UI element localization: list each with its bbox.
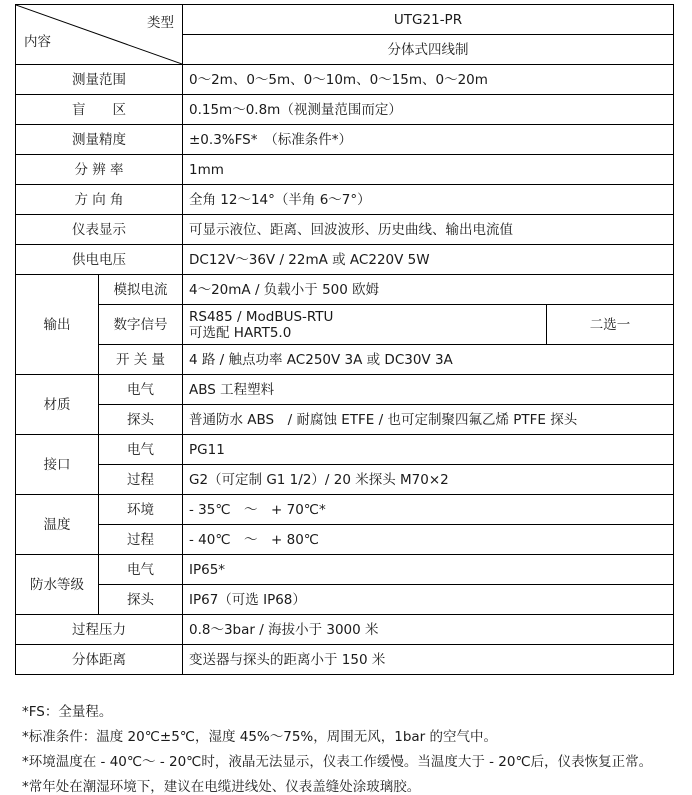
sub-label: 环境 [99, 495, 183, 525]
group-label-temperature: 温度 [16, 495, 99, 555]
row-label: 分 辨 率 [16, 155, 183, 185]
row-value: 变送器与探头的距离小于 150 米 [183, 645, 674, 675]
row-distance: 分体距离 变送器与探头的距离小于 150 米 [16, 645, 674, 675]
row-angle: 方 向 角 全角 12～14°（半角 6～7°） [16, 185, 674, 215]
variant-cell: 分体式四线制 [183, 35, 674, 65]
sub-value: 普通防水 ABS / 耐腐蚀 ETFE / 也可定制聚四氟乙烯 PTFE 探头 [183, 405, 674, 435]
sub-label: 开 关 量 [99, 345, 183, 375]
row-material-probe: 探头 普通防水 ABS / 耐腐蚀 ETFE / 也可定制聚四氟乙烯 PTFE … [16, 405, 674, 435]
sub-value: IP67（可选 IP68） [183, 585, 674, 615]
sub-label: 过程 [99, 465, 183, 495]
row-value: 可显示液位、距离、回波波形、历史曲线、输出电流值 [183, 215, 674, 245]
digital-line-2: 可选配 HART5.0 [189, 325, 540, 341]
sub-value: ABS 工程塑料 [183, 375, 674, 405]
sub-label: 探头 [99, 585, 183, 615]
sub-label: 电气 [99, 375, 183, 405]
row-value: 全角 12～14°（半角 6～7°） [183, 185, 674, 215]
sub-value: PG11 [183, 435, 674, 465]
row-pressure: 过程压力 0.8～3bar / 海拔小于 3000 米 [16, 615, 674, 645]
row-label: 仪表显示 [16, 215, 183, 245]
row-protection-electric: 防水等级 电气 IP65* [16, 555, 674, 585]
row-resolution: 分 辨 率 1mm [16, 155, 674, 185]
sub-label: 电气 [99, 435, 183, 465]
footnote: *环境温度在 - 40℃～ - 20℃时，液晶无法显示，仪表工作缓慢。当温度大于… [22, 750, 652, 775]
row-power: 供电电压 DC12V～36V / 22mA 或 AC220V 5W [16, 245, 674, 275]
row-label: 供电电压 [16, 245, 183, 275]
spec-table: 类型 内容 UTG21-PR 分体式四线制 测量范围 0～2m、0～5m、0～1… [15, 4, 674, 675]
diagonal-header-cell: 类型 内容 [16, 5, 183, 65]
row-blind: 盲 区 0.15m～0.8m（视测量范围而定） [16, 95, 674, 125]
group-label-protection: 防水等级 [16, 555, 99, 615]
row-label: 测量范围 [16, 65, 183, 95]
row-label: 过程压力 [16, 615, 183, 645]
sub-value: - 40℃ ～ + 80℃ [183, 525, 674, 555]
digital-line-1: RS485 / ModBUS-RTU [189, 309, 540, 325]
sub-value: - 35℃ ～ + 70℃* [183, 495, 674, 525]
sub-label: 电气 [99, 555, 183, 585]
sub-label: 数字信号 [99, 305, 183, 345]
row-output-analog: 输出 模拟电流 4～20mA / 负载小于 500 欧姆 [16, 275, 674, 305]
row-value: DC12V～36V / 22mA 或 AC220V 5W [183, 245, 674, 275]
row-interface-process: 过程 G2（可定制 G1 1/2）/ 20 米探头 M70×2 [16, 465, 674, 495]
sub-label: 模拟电流 [99, 275, 183, 305]
row-output-switch: 开 关 量 4 路 / 触点功率 AC250V 3A 或 DC30V 3A [16, 345, 674, 375]
row-label: 盲 区 [16, 95, 183, 125]
group-label-material: 材质 [16, 375, 99, 435]
row-temperature-ambient: 温度 环境 - 35℃ ～ + 70℃* [16, 495, 674, 525]
row-display: 仪表显示 可显示液位、距离、回波波形、历史曲线、输出电流值 [16, 215, 674, 245]
row-value: 0～2m、0～5m、0～10m、0～15m、0～20m [183, 65, 674, 95]
type-label: 类型 [147, 15, 174, 31]
row-accuracy: 测量精度 ±0.3%FS* （标准条件*） [16, 125, 674, 155]
model-cell: UTG21-PR [183, 5, 674, 35]
header-row-model: 类型 内容 UTG21-PR [16, 5, 674, 35]
sub-value: IP65* [183, 555, 674, 585]
row-temperature-process: 过程 - 40℃ ～ + 80℃ [16, 525, 674, 555]
row-protection-probe: 探头 IP67（可选 IP68） [16, 585, 674, 615]
row-interface-electric: 接口 电气 PG11 [16, 435, 674, 465]
sub-label: 过程 [99, 525, 183, 555]
row-material-electric: 材质 电气 ABS 工程塑料 [16, 375, 674, 405]
choice-note: 二选一 [547, 305, 674, 345]
sub-value: RS485 / ModBUS-RTU 可选配 HART5.0 [183, 305, 547, 345]
content-label: 内容 [24, 34, 51, 50]
row-label: 分体距离 [16, 645, 183, 675]
row-label: 方 向 角 [16, 185, 183, 215]
row-value: 1mm [183, 155, 674, 185]
row-value: ±0.3%FS* （标准条件*） [183, 125, 674, 155]
row-output-digital: 数字信号 RS485 / ModBUS-RTU 可选配 HART5.0 二选一 [16, 305, 674, 345]
group-label-output: 输出 [16, 275, 99, 375]
sub-label: 探头 [99, 405, 183, 435]
footnote: *FS：全量程。 [22, 700, 652, 725]
row-value: 0.8～3bar / 海拔小于 3000 米 [183, 615, 674, 645]
sub-value: G2（可定制 G1 1/2）/ 20 米探头 M70×2 [183, 465, 674, 495]
sub-value: 4～20mA / 负载小于 500 欧姆 [183, 275, 674, 305]
footnote: *常年处在潮湿环境下，建议在电缆进线处、仪表盖缝处涂玻璃胶。 [22, 775, 652, 795]
row-range: 测量范围 0～2m、0～5m、0～10m、0～15m、0～20m [16, 65, 674, 95]
sub-value: 4 路 / 触点功率 AC250V 3A 或 DC30V 3A [183, 345, 674, 375]
row-label: 测量精度 [16, 125, 183, 155]
row-value: 0.15m～0.8m（视测量范围而定） [183, 95, 674, 125]
group-label-interface: 接口 [16, 435, 99, 495]
footnotes: *FS：全量程。 *标准条件：温度 20℃±5℃，湿度 45%～75%，周围无风… [22, 700, 652, 795]
footnote: *标准条件：温度 20℃±5℃，湿度 45%～75%，周围无风，1bar 的空气… [22, 725, 652, 750]
